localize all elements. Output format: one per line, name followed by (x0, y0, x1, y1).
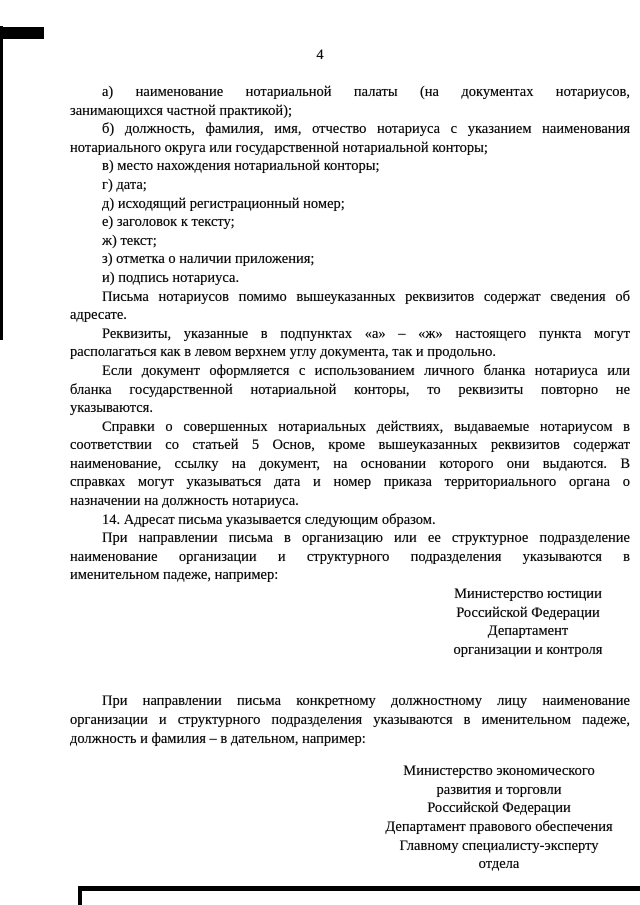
text-line: наименование, ссылку на документ, на осн… (70, 455, 630, 474)
text-line: наименование организации и структурного … (70, 548, 630, 567)
paragraph-requisites-placement: Реквизиты, указанные в подпунктах «а» – … (70, 325, 630, 362)
text-line: бланка государственной нотариальной конт… (70, 381, 630, 400)
text-line: и) подпись нотариуса. (70, 269, 630, 288)
text-line: б) должность, фамилия, имя, отчество нот… (70, 120, 630, 139)
paragraph-item-i: и) подпись нотариуса. (70, 269, 630, 288)
paragraph-item-zh: ж) текст; (70, 232, 630, 251)
text-line: 14. Адресат письма указывается следующим… (70, 511, 630, 530)
text-line: з) отметка о наличии приложения; (70, 250, 630, 269)
text-line: а) наименование нотариальной палаты (на … (70, 83, 630, 102)
text-line: Письма нотариусов помимо вышеуказанных р… (70, 288, 630, 307)
text-line: соответствии со статьей 5 Основ, кроме в… (70, 436, 630, 455)
text-line: справках могут указываться дата и номер … (70, 473, 630, 492)
text-line: Министерство юстиции (418, 585, 638, 604)
paragraph-item-e: е) заголовок к тексту; (70, 213, 630, 232)
address-block-justice-ministry: Министерство юстицииРоссийской Федерации… (418, 585, 638, 659)
text-line: именительном падеже, например: (70, 566, 630, 585)
address-block-economy-ministry: Министерство экономическогоразвития и то… (368, 762, 630, 874)
paragraph-letter-to-organization: При направлении письма в организацию или… (70, 529, 630, 585)
scan-artifact-left-line (0, 26, 3, 340)
text-line: Департамент правового обеспечения (368, 818, 630, 837)
paragraph-certificates: Справки о совершенных нотариальных дейст… (70, 418, 630, 511)
text-line: Российской Федерации (368, 799, 630, 818)
text-line: адресате. (70, 306, 630, 325)
scan-artifact-corner-mark (0, 27, 44, 39)
text-line: занимающихся частной практикой); (70, 102, 630, 121)
text-line: располагаться как в левом верхнем углу д… (70, 343, 630, 362)
document-page: 4 а) наименование нотариальной палаты (н… (0, 0, 640, 905)
text-line: указываются. (70, 399, 630, 418)
text-line: организации и контроля (418, 641, 638, 660)
text-line: Реквизиты, указанные в подпунктах «а» – … (70, 325, 630, 344)
text-line: Главному специалисту-эксперту (368, 837, 630, 856)
text-line: Российской Федерации (418, 604, 638, 623)
text-line: д) исходящий регистрационный номер; (70, 195, 630, 214)
paragraph-notary-letters: Письма нотариусов помимо вышеуказанных р… (70, 288, 630, 325)
scan-artifact-bottom-tick (78, 886, 82, 905)
text-line: организации и структурного подразделения… (70, 711, 630, 730)
text-line: Департамент (418, 622, 638, 641)
page-content: а) наименование нотариальной палаты (на … (70, 83, 630, 874)
text-line: должность и фамилия – в дательном, напри… (70, 730, 630, 749)
page-number: 4 (0, 46, 640, 65)
text-line: отдела (368, 855, 630, 874)
paragraph-letter-to-official: При направлении письма конкретному должн… (70, 692, 630, 748)
scan-artifact-bottom-line (78, 886, 640, 891)
text-line: Министерство экономического (368, 762, 630, 781)
text-line: ж) текст; (70, 232, 630, 251)
paragraph-item-d: д) исходящий регистрационный номер; (70, 195, 630, 214)
text-line: в) место нахождения нотариальной конторы… (70, 157, 630, 176)
paragraph-item-g: г) дата; (70, 176, 630, 195)
text-line: назначении на должность нотариуса. (70, 492, 630, 511)
paragraph-item-b: б) должность, фамилия, имя, отчество нот… (70, 120, 630, 157)
text-line: При направлении письма в организацию или… (70, 529, 630, 548)
paragraph-point-14: 14. Адресат письма указывается следующим… (70, 511, 630, 530)
text-line: нотариального округа или государственной… (70, 139, 630, 158)
paragraph-letterhead-rule: Если документ оформляется с использовани… (70, 362, 630, 418)
text-line: Справки о совершенных нотариальных дейст… (70, 418, 630, 437)
paragraph-item-z: з) отметка о наличии приложения; (70, 250, 630, 269)
text-line: е) заголовок к тексту; (70, 213, 630, 232)
text-line: При направлении письма конкретному должн… (70, 692, 630, 711)
text-line: Если документ оформляется с использовани… (70, 362, 630, 381)
paragraph-item-a: а) наименование нотариальной палаты (на … (70, 83, 630, 120)
text-line: г) дата; (70, 176, 630, 195)
paragraph-item-v: в) место нахождения нотариальной конторы… (70, 157, 630, 176)
text-line: развития и торговли (368, 781, 630, 800)
